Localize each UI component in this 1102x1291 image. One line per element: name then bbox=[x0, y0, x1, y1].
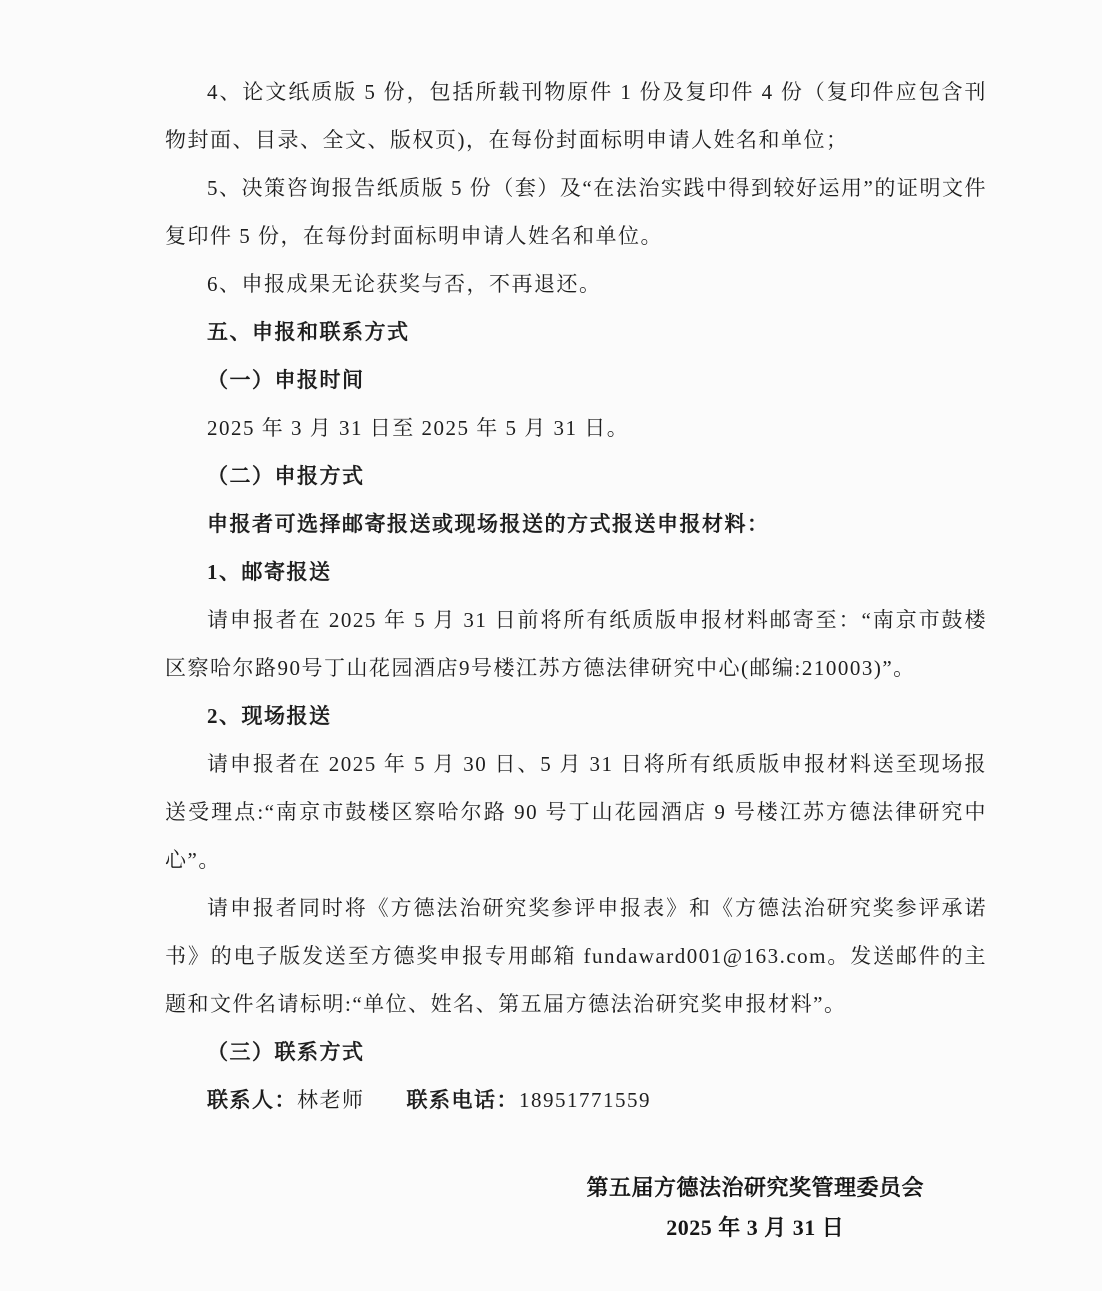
signature-block: 第五届方德法治研究奖管理委员会 2025 年 3 月 31 日 bbox=[586, 1168, 924, 1248]
contact-phone-label: 联系电话： bbox=[407, 1088, 520, 1112]
paragraph-item-5-report-copies: 5、决策咨询报告纸质版 5 份（套）及“在法治实践中得到较好运用”的证明文件复印… bbox=[165, 164, 987, 260]
heading-section-five: 五、申报和联系方式 bbox=[165, 308, 987, 356]
signature-date: 2025 年 3 月 31 日 bbox=[586, 1208, 924, 1248]
contact-person-label: 联系人： bbox=[207, 1088, 297, 1112]
heading-contact-info: （三）联系方式 bbox=[165, 1028, 987, 1076]
paragraph-email-submission: 请申报者同时将《方德法治研究奖参评申报表》和《方德法治研究奖参评承诺书》的电子版… bbox=[165, 884, 987, 1028]
paragraph-method-intro: 申报者可选择邮寄报送或现场报送的方式报送申报材料： bbox=[165, 500, 987, 548]
heading-onsite-submission: 2、现场报送 bbox=[165, 692, 987, 740]
paragraph-item-4-paper-copies: 4、论文纸质版 5 份，包括所载刊物原件 1 份及复印件 4 份（复印件应包含刊… bbox=[165, 68, 987, 164]
contact-person-name: 林老师 bbox=[297, 1088, 365, 1112]
contact-line: 联系人：林老师联系电话：18951771559 bbox=[165, 1076, 987, 1124]
paragraph-application-period: 2025 年 3 月 31 日至 2025 年 5 月 31 日。 bbox=[165, 404, 987, 452]
heading-application-method: （二）申报方式 bbox=[165, 452, 987, 500]
contact-phone-number: 18951771559 bbox=[519, 1088, 651, 1112]
document-page: 4、论文纸质版 5 份，包括所载刊物原件 1 份及复印件 4 份（复印件应包含刊… bbox=[0, 0, 1102, 1291]
heading-mail-submission: 1、邮寄报送 bbox=[165, 548, 987, 596]
heading-application-time: （一）申报时间 bbox=[165, 356, 987, 404]
paragraph-item-6-no-return: 6、申报成果无论获奖与否，不再退还。 bbox=[165, 260, 987, 308]
paragraph-onsite-submission: 请申报者在 2025 年 5 月 30 日、5 月 31 日将所有纸质版申报材料… bbox=[165, 740, 987, 884]
paragraph-mail-submission: 请申报者在 2025 年 5 月 31 日前将所有纸质版申报材料邮寄至：“南京市… bbox=[165, 596, 987, 692]
document-body: 4、论文纸质版 5 份，包括所载刊物原件 1 份及复印件 4 份（复印件应包含刊… bbox=[165, 68, 987, 1248]
signature-organization: 第五届方德法治研究奖管理委员会 bbox=[586, 1168, 924, 1208]
